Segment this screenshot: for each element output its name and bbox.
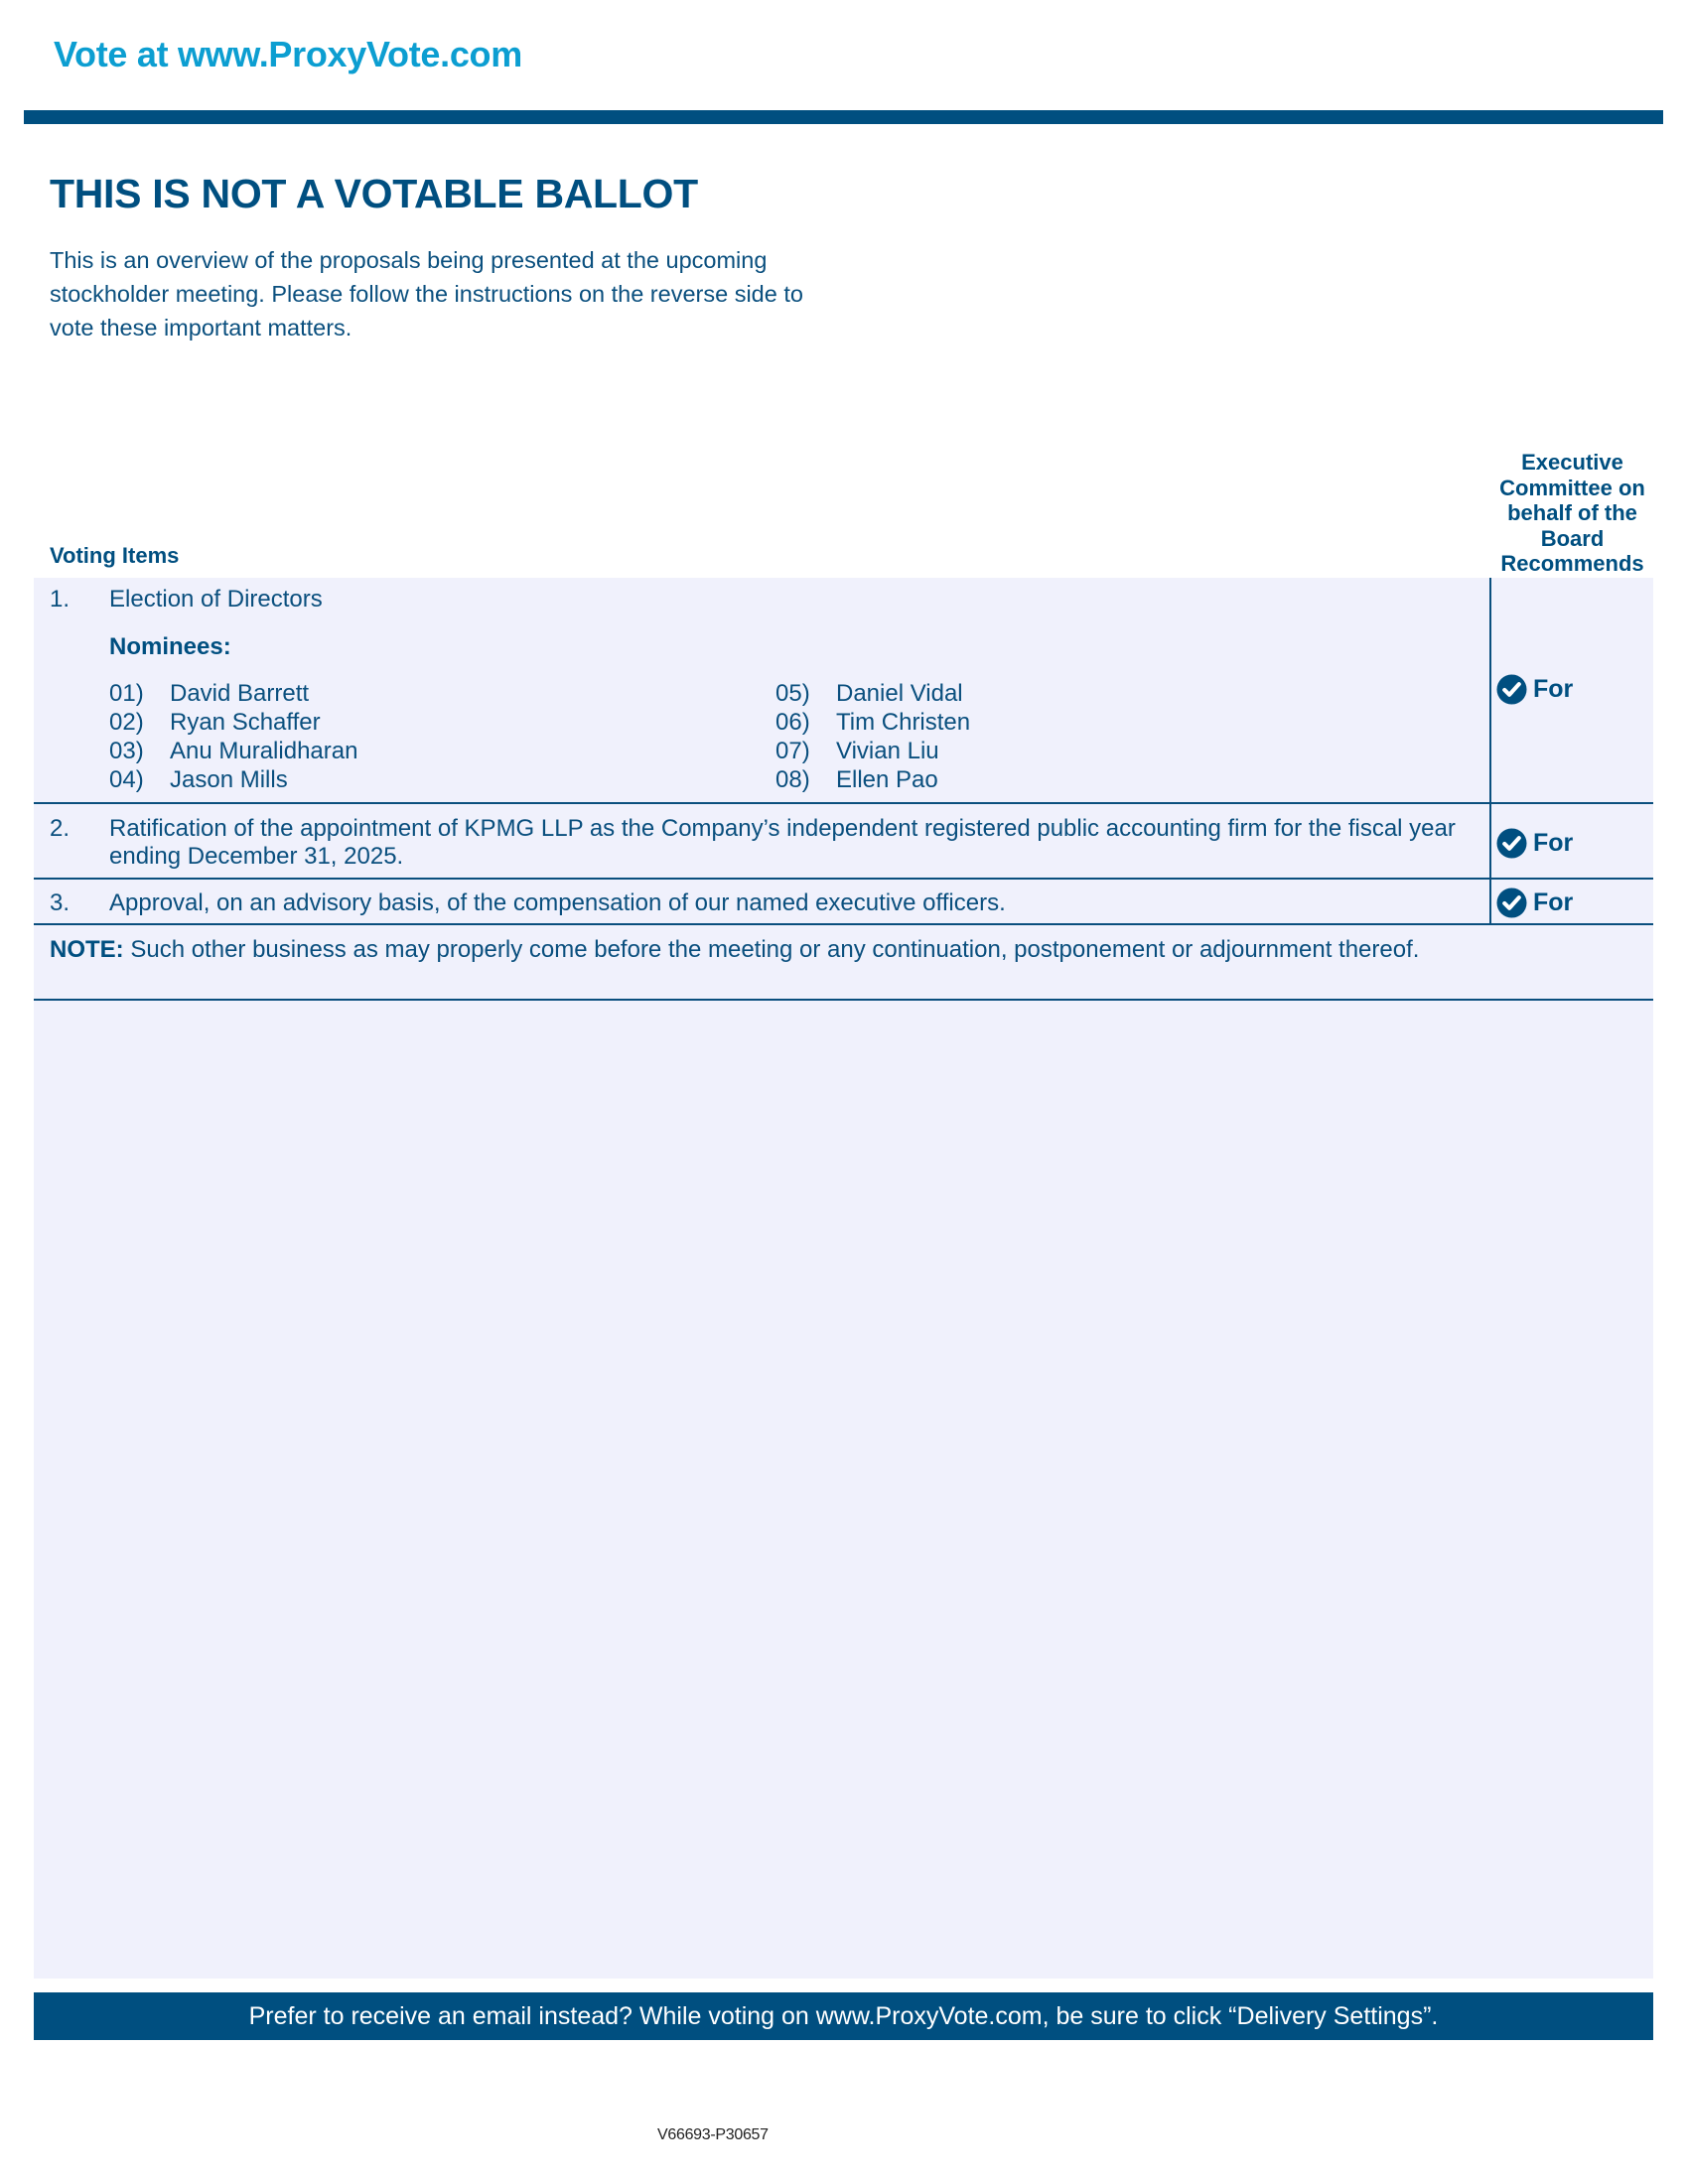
recommendation-label: For xyxy=(1533,888,1573,917)
check-circle-icon xyxy=(1496,887,1527,918)
note-body: Such other business as may properly come… xyxy=(124,936,1420,963)
row-divider xyxy=(34,878,1653,880)
note-label: NOTE: xyxy=(50,936,124,963)
note-text: NOTE: Such other business as may properl… xyxy=(50,936,1479,964)
check-circle-icon xyxy=(1496,828,1527,859)
recommendation-for: For xyxy=(1496,828,1573,859)
nominee-number: 05) xyxy=(775,679,836,708)
nominee-number: 04) xyxy=(109,765,170,794)
nominee-name: Ryan Schaffer xyxy=(170,709,321,736)
nominee-name: Ellen Pao xyxy=(836,766,938,793)
nominee-number: 07) xyxy=(775,737,836,765)
intro-paragraph: This is an overview of the proposals bei… xyxy=(50,243,834,344)
nominee: 07)Vivian Liu xyxy=(775,737,939,765)
nominee: 08)Ellen Pao xyxy=(775,765,938,794)
column-divider xyxy=(1489,578,1491,924)
vote-at-proxyvote-link[interactable]: Vote at www.ProxyVote.com xyxy=(54,34,522,75)
nominee-number: 03) xyxy=(109,737,170,765)
item-number: 2. xyxy=(50,815,70,843)
nominee-name: Daniel Vidal xyxy=(836,680,963,707)
nominee-number: 08) xyxy=(775,765,836,794)
row-divider xyxy=(34,923,1653,925)
nominee: 04)Jason Mills xyxy=(109,765,288,794)
nominee-name: Tim Christen xyxy=(836,709,970,736)
nominee: 01)David Barrett xyxy=(109,679,309,708)
column-header-voting-items: Voting Items xyxy=(50,543,179,569)
item-number: 1. xyxy=(50,586,70,614)
nominee-number: 06) xyxy=(775,708,836,737)
item-text: Election of Directors xyxy=(109,586,323,614)
nominee-number: 02) xyxy=(109,708,170,737)
nominee-name: David Barrett xyxy=(170,680,309,707)
item-text: Approval, on an advisory basis, of the c… xyxy=(109,889,1006,917)
nominee-name: Vivian Liu xyxy=(836,738,939,764)
recommendation-label: For xyxy=(1533,675,1573,704)
nominee-name: Jason Mills xyxy=(170,766,288,793)
column-header-board-recommends: Executive Committee on behalf of the Boa… xyxy=(1491,450,1653,577)
item-text: Ratification of the appointment of KPMG … xyxy=(109,815,1484,871)
row-divider xyxy=(34,802,1653,804)
nominee-name: Anu Muralidharan xyxy=(170,738,357,764)
header-rule xyxy=(24,110,1663,124)
nominee: 02)Ryan Schaffer xyxy=(109,708,321,737)
item-number: 3. xyxy=(50,889,70,917)
nominee: 03)Anu Muralidharan xyxy=(109,737,357,765)
row-divider xyxy=(34,999,1653,1001)
nominee: 05)Daniel Vidal xyxy=(775,679,963,708)
nominee-number: 01) xyxy=(109,679,170,708)
recommendation-for: For xyxy=(1496,674,1573,705)
recommendation-label: For xyxy=(1533,829,1573,858)
nominees-heading: Nominees: xyxy=(109,633,231,661)
recommendation-for: For xyxy=(1496,887,1573,918)
check-circle-icon xyxy=(1496,674,1527,705)
email-delivery-banner: Prefer to receive an email instead? Whil… xyxy=(34,1992,1653,2040)
document-code: V66693-P30657 xyxy=(657,2126,769,2144)
nominee: 06)Tim Christen xyxy=(775,708,970,737)
banner-text: Prefer to receive an email instead? Whil… xyxy=(249,2002,1439,2031)
page-title: THIS IS NOT A VOTABLE BALLOT xyxy=(50,171,698,217)
